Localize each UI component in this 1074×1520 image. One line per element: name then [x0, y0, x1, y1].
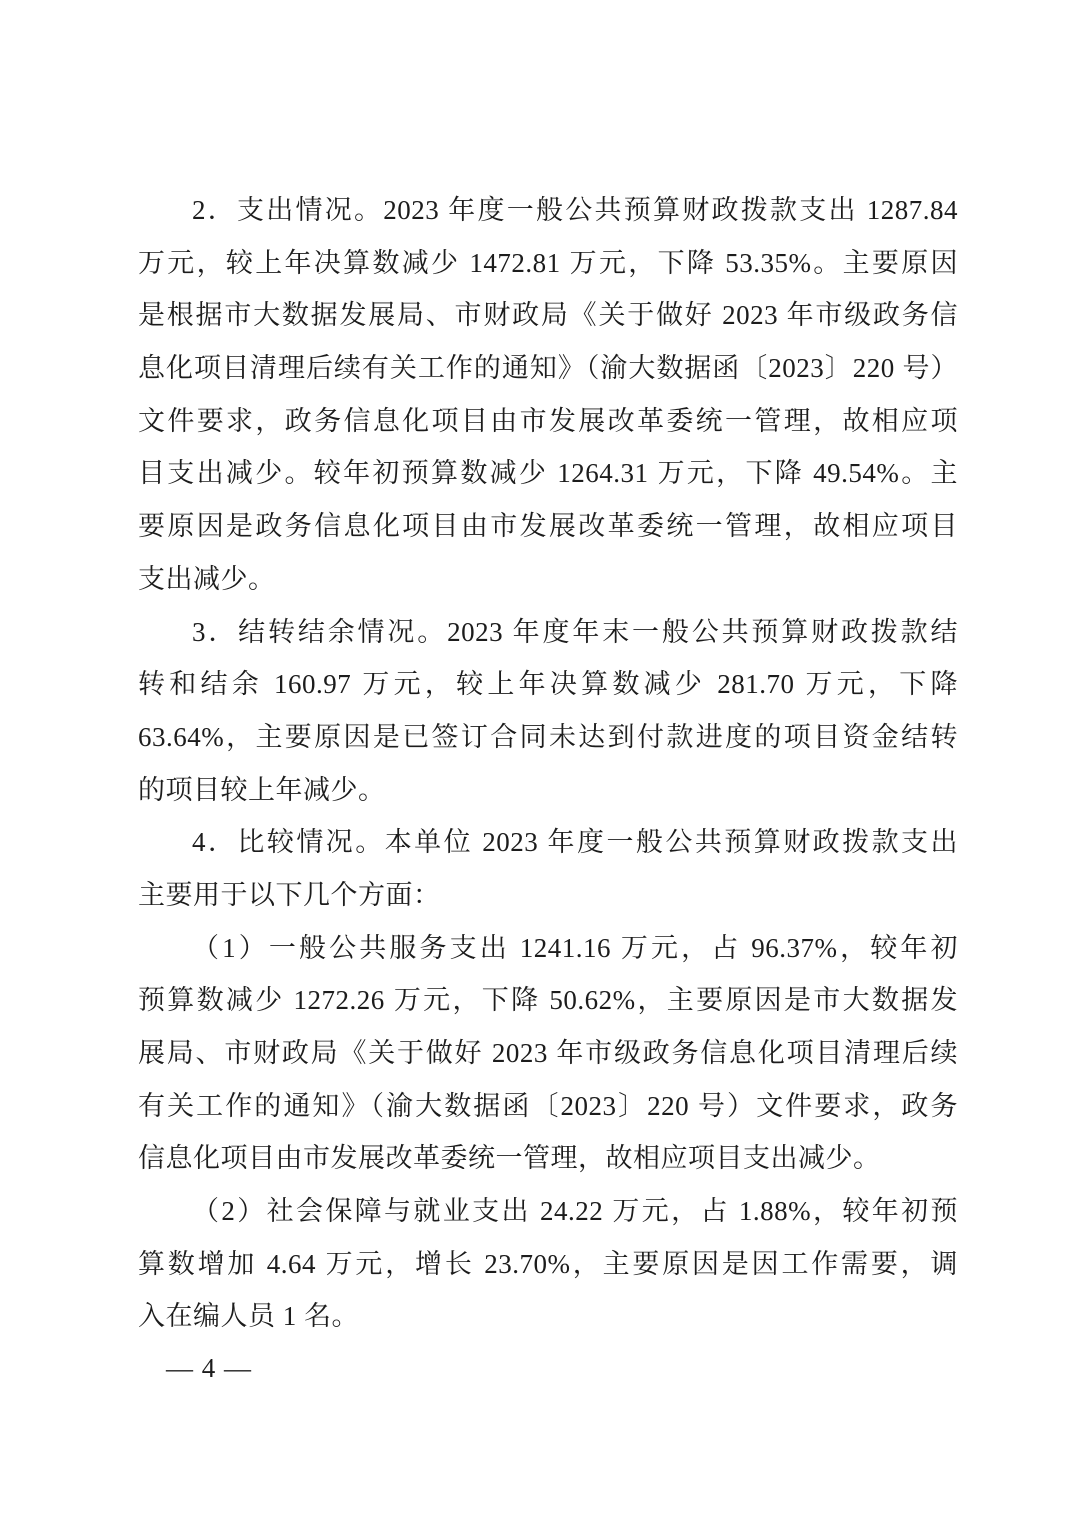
text-line: 文件要求，政务信息化项目由市发展改革委统一管理，故相应项 — [138, 395, 958, 448]
text-line: 的项目较上年减少。 — [138, 764, 958, 817]
text-line: 主要用于以下几个方面： — [138, 869, 958, 922]
text-line: 要原因是政务信息化项目由市发展改革委统一管理，故相应项目 — [138, 500, 958, 553]
para-2-expenditure: 2．支出情况。2023 年度一般公共预算财政拨款支出 1287.84万元，较上年… — [138, 184, 958, 606]
text-line: 预算数减少 1272.26 万元，下降 50.62%，主要原因是市大数据发 — [138, 974, 958, 1027]
text-line: 有关工作的通知》（渝大数据函〔2023〕220 号）文件要求，政务 — [138, 1080, 958, 1133]
para-item-2-social-security: （2）社会保障与就业支出 24.22 万元，占 1.88%，较年初预算数增加 4… — [138, 1185, 958, 1343]
text-line: （1）一般公共服务支出 1241.16 万元，占 96.37%，较年初 — [138, 922, 958, 975]
text-line: 3．结转结余情况。2023 年度年末一般公共预算财政拨款结 — [138, 606, 958, 659]
text-line: 展局、市财政局《关于做好 2023 年市级政务信息化项目清理后续 — [138, 1027, 958, 1080]
text-line: 是根据市大数据发展局、市财政局《关于做好 2023 年市级政务信 — [138, 289, 958, 342]
page-number: — 4 — — [166, 1342, 252, 1394]
text-line: 2．支出情况。2023 年度一般公共预算财政拨款支出 1287.84 — [138, 184, 958, 237]
text-line: 息化项目清理后续有关工作的通知》（渝大数据函〔2023〕220 号） — [138, 342, 958, 395]
text-line: 算数增加 4.64 万元，增长 23.70%，主要原因是因工作需要，调 — [138, 1238, 958, 1291]
para-4-comparison: 4．比较情况。本单位 2023 年度一般公共预算财政拨款支出主要用于以下几个方面… — [138, 816, 958, 921]
para-3-carryover: 3．结转结余情况。2023 年度年末一般公共预算财政拨款结转和结余 160.97… — [138, 606, 958, 817]
text-line: 63.64%，主要原因是已签订合同未达到付款进度的项目资金结转 — [138, 711, 958, 764]
text-line: 支出减少。 — [138, 553, 958, 606]
text-block: 2．支出情况。2023 年度一般公共预算财政拨款支出 1287.84万元，较上年… — [138, 184, 958, 1343]
text-line: （2）社会保障与就业支出 24.22 万元，占 1.88%，较年初预 — [138, 1185, 958, 1238]
text-line: 转和结余 160.97 万元，较上年决算数减少 281.70 万元，下降 — [138, 658, 958, 711]
text-line: 目支出减少。较年初预算数减少 1264.31 万元，下降 49.54%。主 — [138, 447, 958, 500]
document-page: 2．支出情况。2023 年度一般公共预算财政拨款支出 1287.84万元，较上年… — [0, 0, 1074, 1520]
text-line: 入在编人员 1 名。 — [138, 1290, 958, 1343]
text-line: 万元，较上年决算数减少 1472.81 万元，下降 53.35%。主要原因 — [138, 237, 958, 290]
para-item-1-public-service: （1）一般公共服务支出 1241.16 万元，占 96.37%，较年初预算数减少… — [138, 922, 958, 1185]
text-line: 信息化项目由市发展改革委统一管理，故相应项目支出减少。 — [138, 1132, 958, 1185]
text-line: 4．比较情况。本单位 2023 年度一般公共预算财政拨款支出 — [138, 816, 958, 869]
